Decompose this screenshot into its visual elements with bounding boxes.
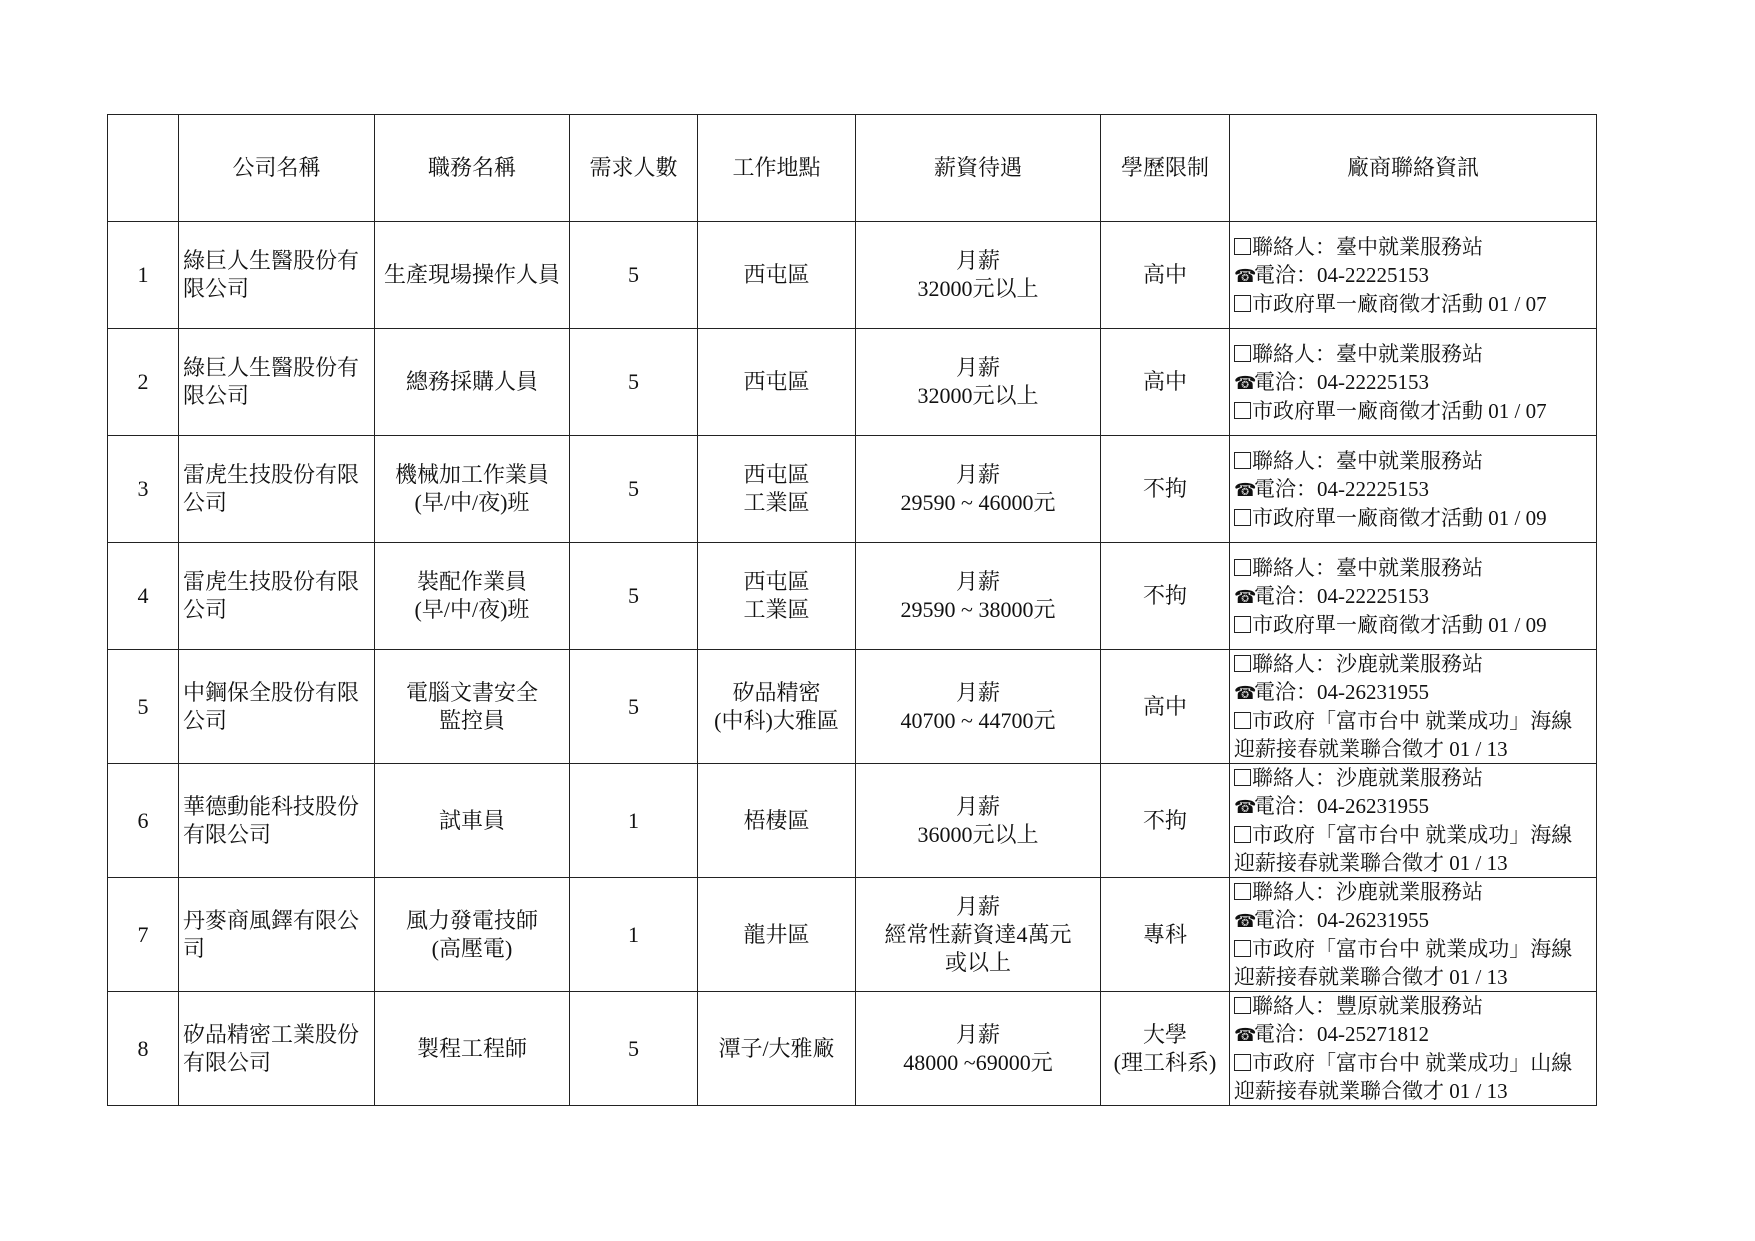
location-line: 西屯區 <box>698 461 855 489</box>
contact-person: 聯絡人：豐原就業服務站 <box>1252 994 1483 1018</box>
table-row: 8矽品精密工業股份有限公司製程工程師5潭子/大雅廠月薪48000 ~69000元… <box>108 992 1597 1106</box>
contact-phone: 電洽：04-22225153 <box>1254 370 1429 394</box>
headcount: 1 <box>570 764 698 878</box>
contact-person-line: 聯絡人：臺中就業服務站 <box>1234 554 1596 582</box>
row-index: 6 <box>108 764 179 878</box>
headcount: 5 <box>570 543 698 650</box>
checkbox-icon <box>1234 655 1251 672</box>
phone-icon: ☎ <box>1234 907 1254 935</box>
salary-line: 月薪 <box>856 354 1100 382</box>
contact-info: 聯絡人：沙鹿就業服務站☎電洽：04-26231955市政府「富市台中 就業成功」… <box>1230 878 1597 992</box>
contact-event: 市政府「富市台中 就業成功」山線 <box>1252 1051 1572 1075</box>
job-title: 試車員 <box>375 764 570 878</box>
contact-phone-line: ☎電洽：04-26231955 <box>1234 678 1596 707</box>
location-line: 梧棲區 <box>698 807 855 835</box>
job-title-line: 機械加工作業員 <box>375 461 569 489</box>
company-name: 丹麥商風鐸有限公司 <box>179 878 375 992</box>
work-location: 龍井區 <box>698 878 856 992</box>
header-location: 工作地點 <box>698 115 856 222</box>
contact-phone-line: ☎電洽：04-25271812 <box>1234 1020 1596 1049</box>
education-line: 不拘 <box>1101 582 1229 610</box>
education-line: 專科 <box>1101 921 1229 949</box>
salary-line: 月薪 <box>856 1021 1100 1049</box>
contact-event: 市政府單一廠商徵才活動 01 / 09 <box>1252 613 1547 637</box>
company-name: 綠巨人生醫股份有限公司 <box>179 329 375 436</box>
contact-event: 市政府「富市台中 就業成功」海線 <box>1252 709 1572 733</box>
checkbox-icon <box>1234 940 1251 957</box>
location-line: (中科)大雅區 <box>698 707 855 735</box>
salary-line: 月薪 <box>856 247 1100 275</box>
job-title-line: (高壓電) <box>375 935 569 963</box>
contact-phone-line: ☎電洽：04-22225153 <box>1234 582 1596 611</box>
contact-event-line: 市政府單一廠商徵才活動 01 / 09 <box>1234 504 1596 532</box>
checkbox-icon <box>1234 769 1251 786</box>
contact-person-line: 聯絡人：臺中就業服務站 <box>1234 340 1596 368</box>
education-line: 不拘 <box>1101 807 1229 835</box>
salary-line: 29590 ~ 46000元 <box>856 489 1100 517</box>
job-title-line: (早/中/夜)班 <box>375 489 569 517</box>
location-line: 工業區 <box>698 489 855 517</box>
job-title-line: 製程工程師 <box>375 1035 569 1063</box>
contact-phone: 電洽：04-22225153 <box>1254 477 1429 501</box>
education-line: 高中 <box>1101 368 1229 396</box>
contact-person-line: 聯絡人：沙鹿就業服務站 <box>1234 764 1596 792</box>
job-title-line: 風力發電技師 <box>375 907 569 935</box>
header-company: 公司名稱 <box>179 115 375 222</box>
row-index: 4 <box>108 543 179 650</box>
company-name: 中鋼保全股份有限公司 <box>179 650 375 764</box>
contact-event-line: 市政府「富市台中 就業成功」海線 <box>1234 935 1596 963</box>
phone-icon: ☎ <box>1234 679 1254 707</box>
header-salary: 薪資待遇 <box>856 115 1101 222</box>
salary-line: 29590 ~ 38000元 <box>856 596 1100 624</box>
contact-event: 市政府單一廠商徵才活動 01 / 09 <box>1252 506 1547 530</box>
company-name: 綠巨人生醫股份有限公司 <box>179 222 375 329</box>
checkbox-icon <box>1234 452 1251 469</box>
checkbox-icon <box>1234 616 1251 633</box>
work-location: 西屯區工業區 <box>698 543 856 650</box>
salary-line: 月薪 <box>856 793 1100 821</box>
company-name: 雷虎生技股份有限公司 <box>179 436 375 543</box>
headcount: 5 <box>570 436 698 543</box>
table-row: 4雷虎生技股份有限公司裝配作業員(早/中/夜)班5西屯區工業區月薪29590 ~… <box>108 543 1597 650</box>
contact-event-line: 市政府「富市台中 就業成功」海線 <box>1234 707 1596 735</box>
education-requirement: 高中 <box>1101 222 1230 329</box>
contact-phone: 電洽：04-22225153 <box>1254 263 1429 287</box>
salary: 月薪48000 ~69000元 <box>856 992 1101 1106</box>
salary-line: 36000元以上 <box>856 821 1100 849</box>
salary: 月薪經常性薪資達4萬元或以上 <box>856 878 1101 992</box>
phone-icon: ☎ <box>1234 583 1254 611</box>
checkbox-icon <box>1234 509 1251 526</box>
salary-line: 月薪 <box>856 568 1100 596</box>
job-title-line: 生產現場操作人員 <box>375 261 569 289</box>
salary-line: 32000元以上 <box>856 275 1100 303</box>
salary-line: 月薪 <box>856 461 1100 489</box>
table-row: 3雷虎生技股份有限公司機械加工作業員(早/中/夜)班5西屯區工業區月薪29590… <box>108 436 1597 543</box>
headcount: 1 <box>570 878 698 992</box>
headcount: 5 <box>570 650 698 764</box>
row-index: 1 <box>108 222 179 329</box>
work-location: 西屯區 <box>698 222 856 329</box>
checkbox-icon <box>1234 997 1251 1014</box>
location-line: 矽品精密 <box>698 679 855 707</box>
work-location: 西屯區工業區 <box>698 436 856 543</box>
phone-icon: ☎ <box>1234 262 1254 290</box>
job-title-line: (早/中/夜)班 <box>375 596 569 624</box>
contact-info: 聯絡人：臺中就業服務站☎電洽：04-22225153市政府單一廠商徵才活動 01… <box>1230 543 1597 650</box>
contact-event-continuation: 迎薪接春就業聯合徵才 01 / 13 <box>1234 849 1596 877</box>
salary: 月薪40700 ~ 44700元 <box>856 650 1101 764</box>
contact-person: 聯絡人：沙鹿就業服務站 <box>1252 766 1483 790</box>
contact-event-continuation: 迎薪接春就業聯合徵才 01 / 13 <box>1234 963 1596 991</box>
phone-icon: ☎ <box>1234 369 1254 397</box>
job-title: 機械加工作業員(早/中/夜)班 <box>375 436 570 543</box>
contact-person-line: 聯絡人：沙鹿就業服務站 <box>1234 650 1596 678</box>
work-location: 潭子/大雅廠 <box>698 992 856 1106</box>
contact-event: 市政府「富市台中 就業成功」海線 <box>1252 937 1572 961</box>
contact-event-continuation: 迎薪接春就業聯合徵才 01 / 13 <box>1234 735 1596 763</box>
education-line: 不拘 <box>1101 475 1229 503</box>
job-title: 總務採購人員 <box>375 329 570 436</box>
checkbox-icon <box>1234 238 1251 255</box>
table-row: 1綠巨人生醫股份有限公司生產現場操作人員5西屯區月薪32000元以上高中聯絡人：… <box>108 222 1597 329</box>
education-line: (理工科系) <box>1101 1049 1229 1077</box>
headcount: 5 <box>570 992 698 1106</box>
education-requirement: 專科 <box>1101 878 1230 992</box>
checkbox-icon <box>1234 402 1251 419</box>
job-title: 風力發電技師(高壓電) <box>375 878 570 992</box>
phone-icon: ☎ <box>1234 1021 1254 1049</box>
headcount: 5 <box>570 329 698 436</box>
company-name: 矽品精密工業股份有限公司 <box>179 992 375 1106</box>
company-name: 華德動能科技股份有限公司 <box>179 764 375 878</box>
education-line: 高中 <box>1101 693 1229 721</box>
header-job: 職務名稱 <box>375 115 570 222</box>
contact-person: 聯絡人：臺中就業服務站 <box>1252 342 1483 366</box>
salary-line: 48000 ~69000元 <box>856 1049 1100 1077</box>
job-title: 生產現場操作人員 <box>375 222 570 329</box>
salary-line: 32000元以上 <box>856 382 1100 410</box>
contact-phone-line: ☎電洽：04-26231955 <box>1234 792 1596 821</box>
header-contact: 廠商聯絡資訊 <box>1230 115 1597 222</box>
checkbox-icon <box>1234 826 1251 843</box>
header-row: 公司名稱 職務名稱 需求人數 工作地點 薪資待遇 學歷限制 廠商聯絡資訊 <box>108 115 1597 222</box>
job-title-line: 裝配作業員 <box>375 568 569 596</box>
contact-event-line: 市政府單一廠商徵才活動 01 / 09 <box>1234 611 1596 639</box>
checkbox-icon <box>1234 295 1251 312</box>
contact-phone-line: ☎電洽：04-26231955 <box>1234 906 1596 935</box>
education-requirement: 不拘 <box>1101 436 1230 543</box>
contact-event: 市政府「富市台中 就業成功」海線 <box>1252 823 1572 847</box>
job-title-line: 電腦文書安全 <box>375 679 569 707</box>
salary: 月薪29590 ~ 38000元 <box>856 543 1101 650</box>
contact-person-line: 聯絡人：臺中就業服務站 <box>1234 233 1596 261</box>
contact-person: 聯絡人：臺中就業服務站 <box>1252 235 1483 259</box>
table-row: 5中鋼保全股份有限公司電腦文書安全監控員5矽品精密(中科)大雅區月薪40700 … <box>108 650 1597 764</box>
work-location: 西屯區 <box>698 329 856 436</box>
education-requirement: 大學(理工科系) <box>1101 992 1230 1106</box>
education-requirement: 不拘 <box>1101 543 1230 650</box>
contact-person: 聯絡人：臺中就業服務站 <box>1252 556 1483 580</box>
header-count: 需求人數 <box>570 115 698 222</box>
contact-event: 市政府單一廠商徵才活動 01 / 07 <box>1252 292 1547 316</box>
phone-icon: ☎ <box>1234 793 1254 821</box>
location-line: 潭子/大雅廠 <box>698 1035 855 1063</box>
contact-phone-line: ☎電洽：04-22225153 <box>1234 261 1596 290</box>
contact-event-line: 市政府「富市台中 就業成功」山線 <box>1234 1049 1596 1077</box>
contact-person: 聯絡人：沙鹿就業服務站 <box>1252 652 1483 676</box>
contact-person: 聯絡人：沙鹿就業服務站 <box>1252 880 1483 904</box>
contact-person-line: 聯絡人：臺中就業服務站 <box>1234 447 1596 475</box>
checkbox-icon <box>1234 559 1251 576</box>
job-listing-table: 公司名稱 職務名稱 需求人數 工作地點 薪資待遇 學歷限制 廠商聯絡資訊 1綠巨… <box>107 114 1597 1106</box>
contact-event-line: 市政府單一廠商徵才活動 01 / 07 <box>1234 290 1596 318</box>
contact-phone: 電洽：04-26231955 <box>1254 794 1429 818</box>
work-location: 矽品精密(中科)大雅區 <box>698 650 856 764</box>
contact-info: 聯絡人：臺中就業服務站☎電洽：04-22225153市政府單一廠商徵才活動 01… <box>1230 329 1597 436</box>
header-index <box>108 115 179 222</box>
salary-line: 月薪 <box>856 893 1100 921</box>
row-index: 3 <box>108 436 179 543</box>
checkbox-icon <box>1234 883 1251 900</box>
contact-info: 聯絡人：臺中就業服務站☎電洽：04-22225153市政府單一廠商徵才活動 01… <box>1230 436 1597 543</box>
education-line: 高中 <box>1101 261 1229 289</box>
contact-phone: 電洽：04-25271812 <box>1254 1022 1429 1046</box>
location-line: 西屯區 <box>698 261 855 289</box>
job-title: 電腦文書安全監控員 <box>375 650 570 764</box>
contact-event-continuation: 迎薪接春就業聯合徵才 01 / 13 <box>1234 1077 1596 1105</box>
job-title: 裝配作業員(早/中/夜)班 <box>375 543 570 650</box>
salary: 月薪29590 ~ 46000元 <box>856 436 1101 543</box>
contact-phone: 電洽：04-22225153 <box>1254 584 1429 608</box>
education-requirement: 不拘 <box>1101 764 1230 878</box>
header-education: 學歷限制 <box>1101 115 1230 222</box>
location-line: 工業區 <box>698 596 855 624</box>
contact-event: 市政府單一廠商徵才活動 01 / 07 <box>1252 399 1547 423</box>
salary: 月薪32000元以上 <box>856 222 1101 329</box>
location-line: 龍井區 <box>698 921 855 949</box>
checkbox-icon <box>1234 1054 1251 1071</box>
contact-info: 聯絡人：臺中就業服務站☎電洽：04-22225153市政府單一廠商徵才活動 01… <box>1230 222 1597 329</box>
contact-info: 聯絡人：沙鹿就業服務站☎電洽：04-26231955市政府「富市台中 就業成功」… <box>1230 764 1597 878</box>
contact-phone: 電洽：04-26231955 <box>1254 680 1429 704</box>
education-requirement: 高中 <box>1101 650 1230 764</box>
contact-person: 聯絡人：臺中就業服務站 <box>1252 449 1483 473</box>
education-line: 大學 <box>1101 1021 1229 1049</box>
phone-icon: ☎ <box>1234 476 1254 504</box>
contact-phone-line: ☎電洽：04-22225153 <box>1234 475 1596 504</box>
headcount: 5 <box>570 222 698 329</box>
salary-line: 或以上 <box>856 949 1100 977</box>
contact-person-line: 聯絡人：沙鹿就業服務站 <box>1234 878 1596 906</box>
row-index: 8 <box>108 992 179 1106</box>
job-title-line: 總務採購人員 <box>375 368 569 396</box>
contact-event-line: 市政府「富市台中 就業成功」海線 <box>1234 821 1596 849</box>
contact-person-line: 聯絡人：豐原就業服務站 <box>1234 992 1596 1020</box>
job-title: 製程工程師 <box>375 992 570 1106</box>
salary: 月薪36000元以上 <box>856 764 1101 878</box>
salary: 月薪32000元以上 <box>856 329 1101 436</box>
contact-event-line: 市政府單一廠商徵才活動 01 / 07 <box>1234 397 1596 425</box>
work-location: 梧棲區 <box>698 764 856 878</box>
table-row: 7丹麥商風鐸有限公司風力發電技師(高壓電)1龍井區月薪經常性薪資達4萬元或以上專… <box>108 878 1597 992</box>
contact-info: 聯絡人：沙鹿就業服務站☎電洽：04-26231955市政府「富市台中 就業成功」… <box>1230 650 1597 764</box>
contact-phone-line: ☎電洽：04-22225153 <box>1234 368 1596 397</box>
salary-line: 月薪 <box>856 679 1100 707</box>
table-row: 6華德動能科技股份有限公司試車員1梧棲區月薪36000元以上不拘聯絡人：沙鹿就業… <box>108 764 1597 878</box>
row-index: 7 <box>108 878 179 992</box>
row-index: 5 <box>108 650 179 764</box>
checkbox-icon <box>1234 712 1251 729</box>
table-row: 2綠巨人生醫股份有限公司總務採購人員5西屯區月薪32000元以上高中聯絡人：臺中… <box>108 329 1597 436</box>
contact-info: 聯絡人：豐原就業服務站☎電洽：04-25271812市政府「富市台中 就業成功」… <box>1230 992 1597 1106</box>
location-line: 西屯區 <box>698 568 855 596</box>
checkbox-icon <box>1234 345 1251 362</box>
row-index: 2 <box>108 329 179 436</box>
company-name: 雷虎生技股份有限公司 <box>179 543 375 650</box>
salary-line: 經常性薪資達4萬元 <box>856 921 1100 949</box>
salary-line: 40700 ~ 44700元 <box>856 707 1100 735</box>
job-title-line: 監控員 <box>375 707 569 735</box>
contact-phone: 電洽：04-26231955 <box>1254 908 1429 932</box>
location-line: 西屯區 <box>698 368 855 396</box>
job-title-line: 試車員 <box>375 807 569 835</box>
education-requirement: 高中 <box>1101 329 1230 436</box>
